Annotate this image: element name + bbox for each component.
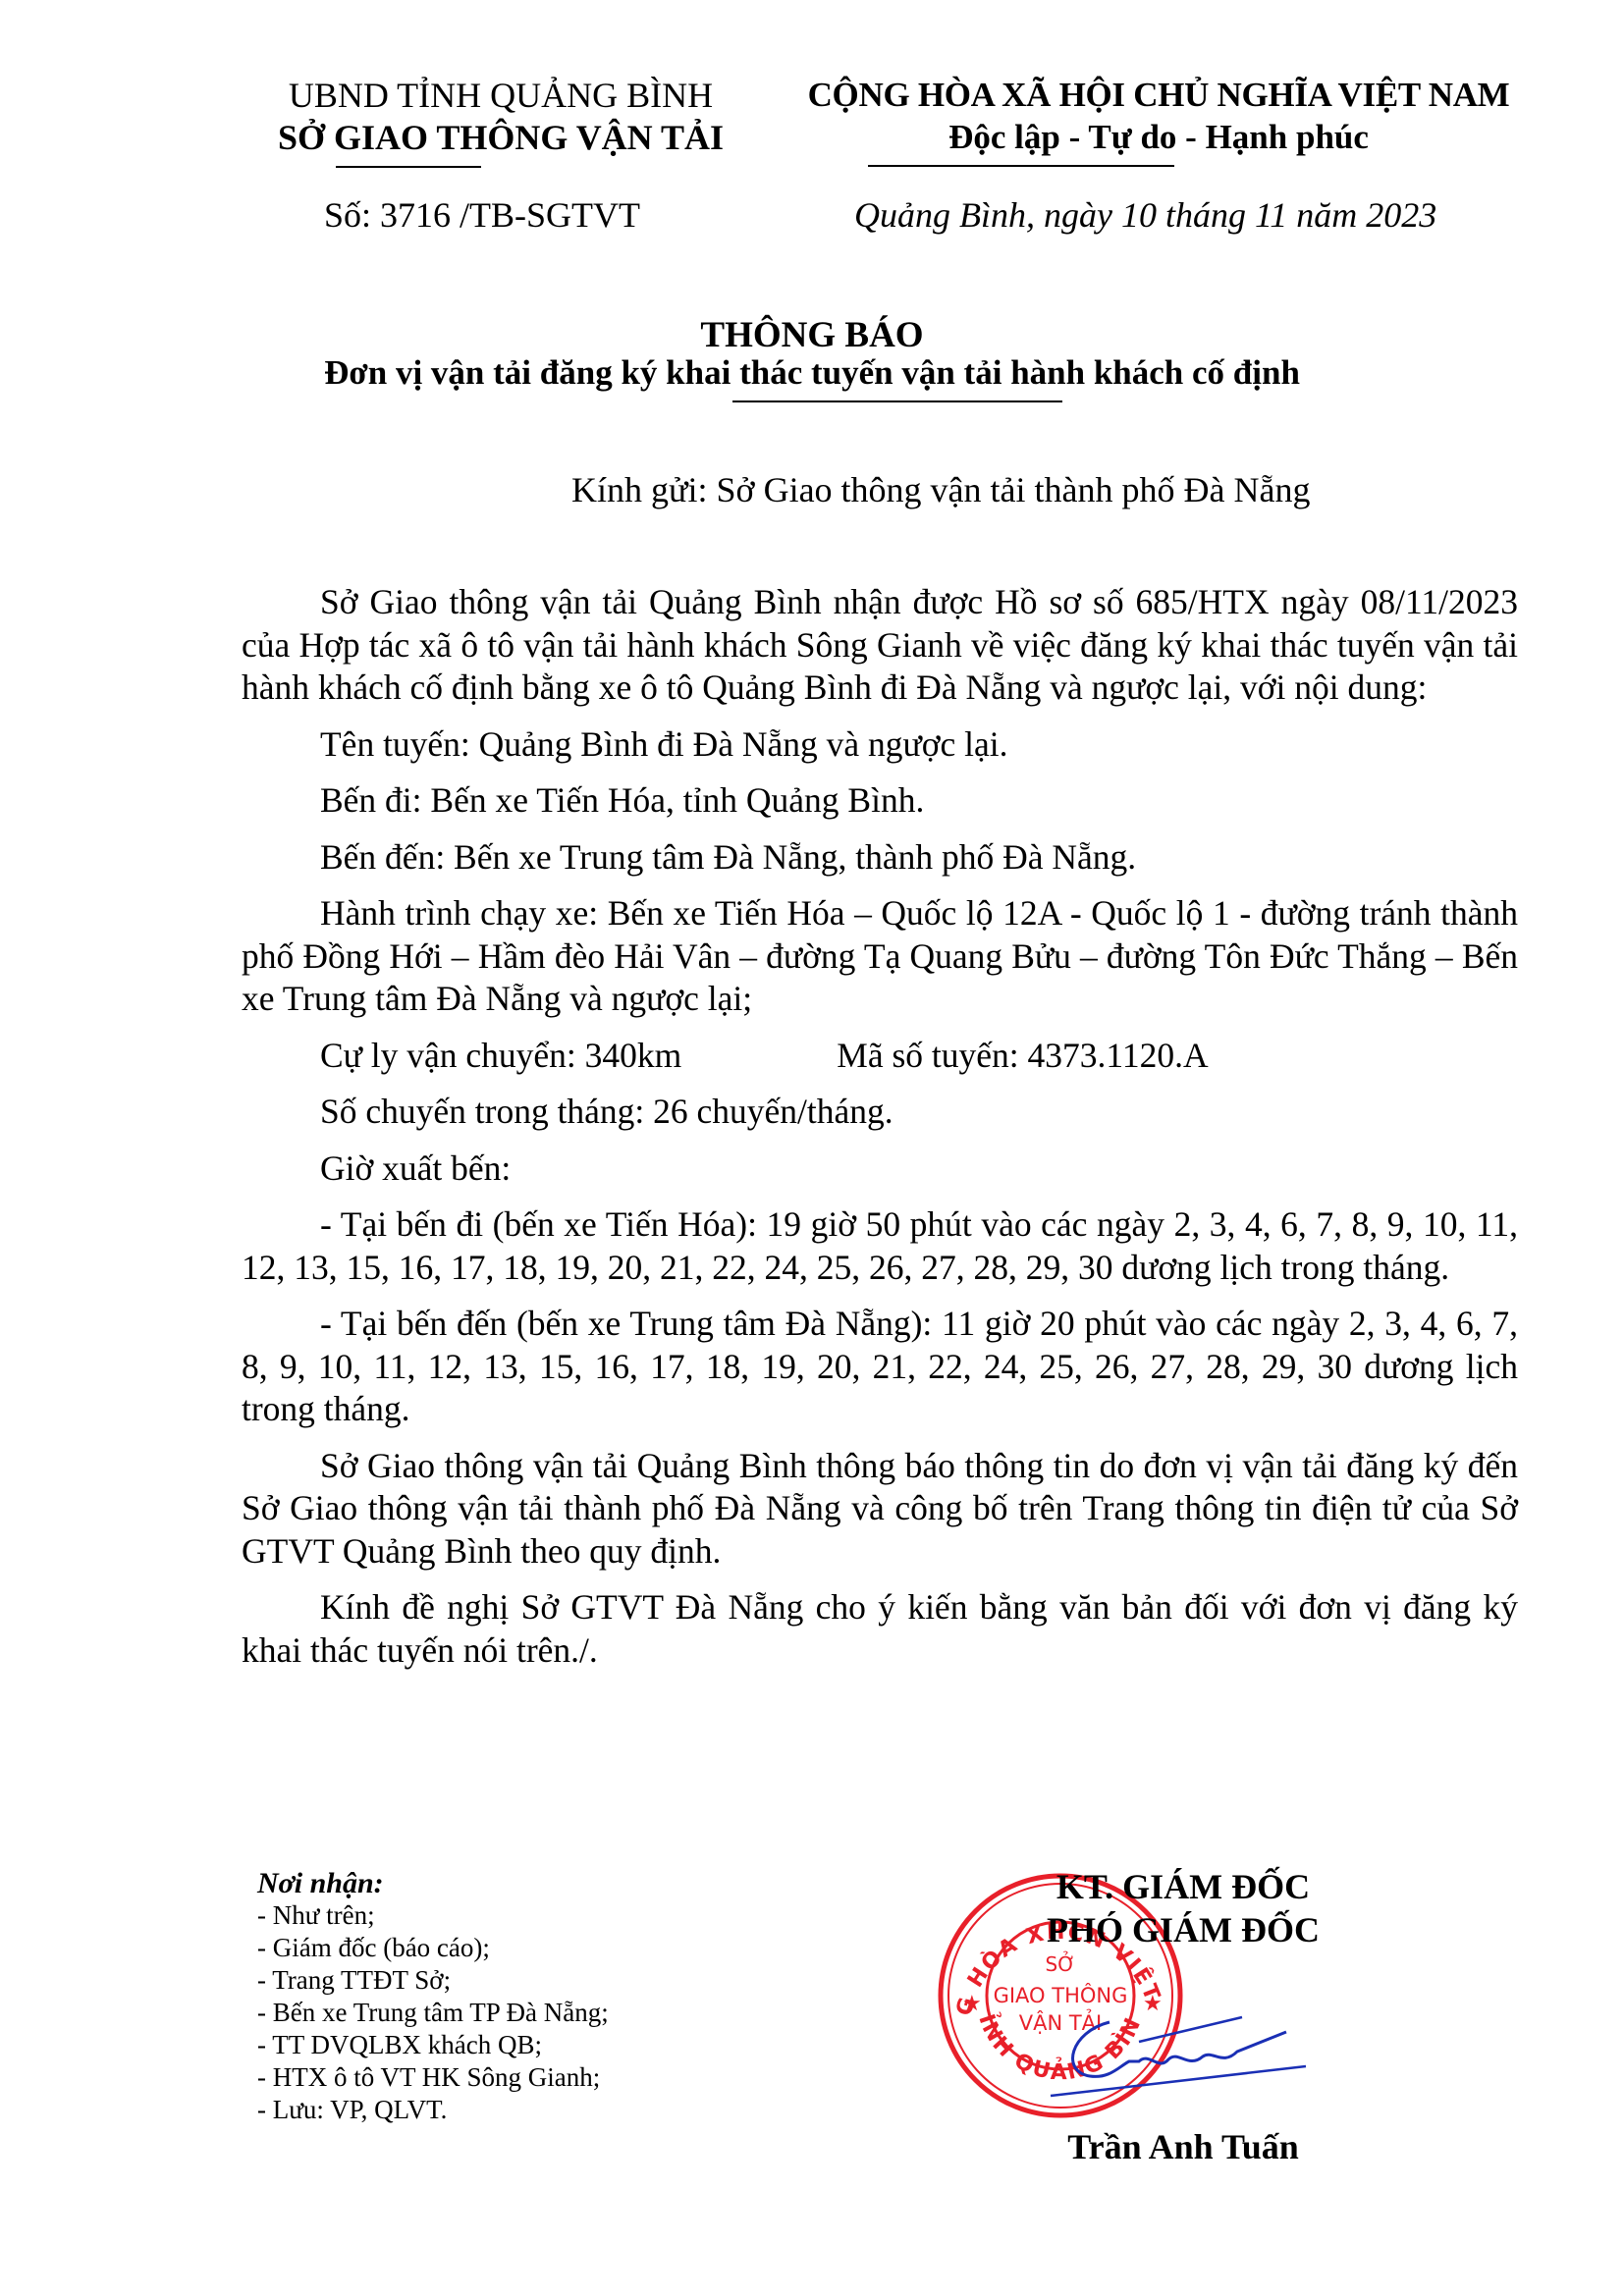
departure-from-destination: - Tại bến đến (bến xe Trung tâm Đà Nẵng)… [242,1303,1518,1431]
subtitle-underline [732,400,1062,402]
svg-text:★: ★ [962,1992,982,2016]
svg-text:GIAO THÔNG: GIAO THÔNG [994,1983,1128,2007]
agency-parent: UBND TỈNH QUẢNG BÌNH [226,75,776,116]
document-number: Số: 3716 /TB-SGTVT [324,194,640,236]
list-item: - Bến xe Trung tâm TP Đà Nẵng; [257,1997,768,2029]
signer-position: PHÓ GIÁM ĐỐC [1021,1908,1345,1951]
list-item: - Như trên; [257,1899,768,1932]
notice-paragraph: Sở Giao thông vận tải Quảng Bình thông b… [242,1445,1518,1574]
recipients-heading: Nơi nhận: [257,1867,768,1899]
arrival-station: Bến đến: Bến xe Trung tâm Đà Nẵng, thành… [242,836,1518,880]
motto-underline [868,165,1174,167]
document-body: Sở Giao thông vận tải Quảng Bình nhận đư… [242,581,1518,1672]
signer-name: Trần Anh Tuấn [1021,2126,1345,2167]
document-subtitle: Đơn vị vận tải đăng ký khai thác tuyến v… [0,353,1624,393]
intro-paragraph: Sở Giao thông vận tải Quảng Bình nhận đư… [242,581,1518,710]
agency-name: SỞ GIAO THÔNG VẬN TẢI [226,116,776,159]
national-block: CỘNG HÒA XÃ HỘI CHỦ NGHĨA VIỆT NAM Độc l… [766,75,1551,159]
signature-block: KT. GIÁM ĐỐC PHÓ GIÁM ĐỐC [1021,1865,1345,1951]
recipients-list: Nơi nhận: - Như trên; - Giám đốc (báo cá… [257,1867,768,2126]
svg-text:SỞ: SỞ [1046,1951,1076,1976]
document-title: THÔNG BÁO [0,314,1624,356]
departure-times-label: Giờ xuất bến: [242,1148,1518,1191]
list-item: - TT DVQLBX khách QB; [257,2029,768,2061]
list-item: - Giám đốc (báo cáo); [257,1932,768,1964]
request-paragraph: Kính đề nghị Sở GTVT Đà Nẵng cho ý kiến … [242,1586,1518,1672]
distance-and-code: Cự ly vận chuyển: 340kmMã số tuyến: 4373… [242,1035,1518,1078]
trips-per-month: Số chuyến trong tháng: 26 chuyến/tháng. [242,1091,1518,1134]
departure-from-origin: - Tại bến đi (bến xe Tiến Hóa): 19 giờ 5… [242,1203,1518,1289]
route-name: Tên tuyến: Quảng Bình đi Đà Nẵng và ngượ… [242,723,1518,767]
agency-block: UBND TỈNH QUẢNG BÌNH SỞ GIAO THÔNG VẬN T… [226,75,776,159]
agency-underline [336,166,481,168]
distance: Cự ly vận chuyển: 340km [320,1036,681,1075]
itinerary: Hành trình chạy xe: Bến xe Tiến Hóa – Qu… [242,892,1518,1021]
list-item: - HTX ô tô VT HK Sông Gianh; [257,2061,768,2094]
place-date: Quảng Bình, ngày 10 tháng 11 năm 2023 [854,194,1436,236]
route-code: Mã số tuyến: 4373.1120.A [758,1035,1208,1078]
country-name: CỘNG HÒA XÃ HỘI CHỦ NGHĨA VIỆT NAM [766,75,1551,116]
departure-station: Bến đi: Bến xe Tiến Hóa, tỉnh Quảng Bình… [242,779,1518,823]
recipient-line: Kính gửi: Sở Giao thông vận tải thành ph… [571,469,1310,510]
list-item: - Trang TTĐT Sở; [257,1964,768,1997]
national-motto: Độc lập - Tự do - Hạnh phúc [766,116,1551,159]
signing-authority: KT. GIÁM ĐỐC [1021,1865,1345,1908]
handwritten-signature-icon [1031,2012,1316,2101]
list-item: - Lưu: VP, QLVT. [257,2094,768,2126]
